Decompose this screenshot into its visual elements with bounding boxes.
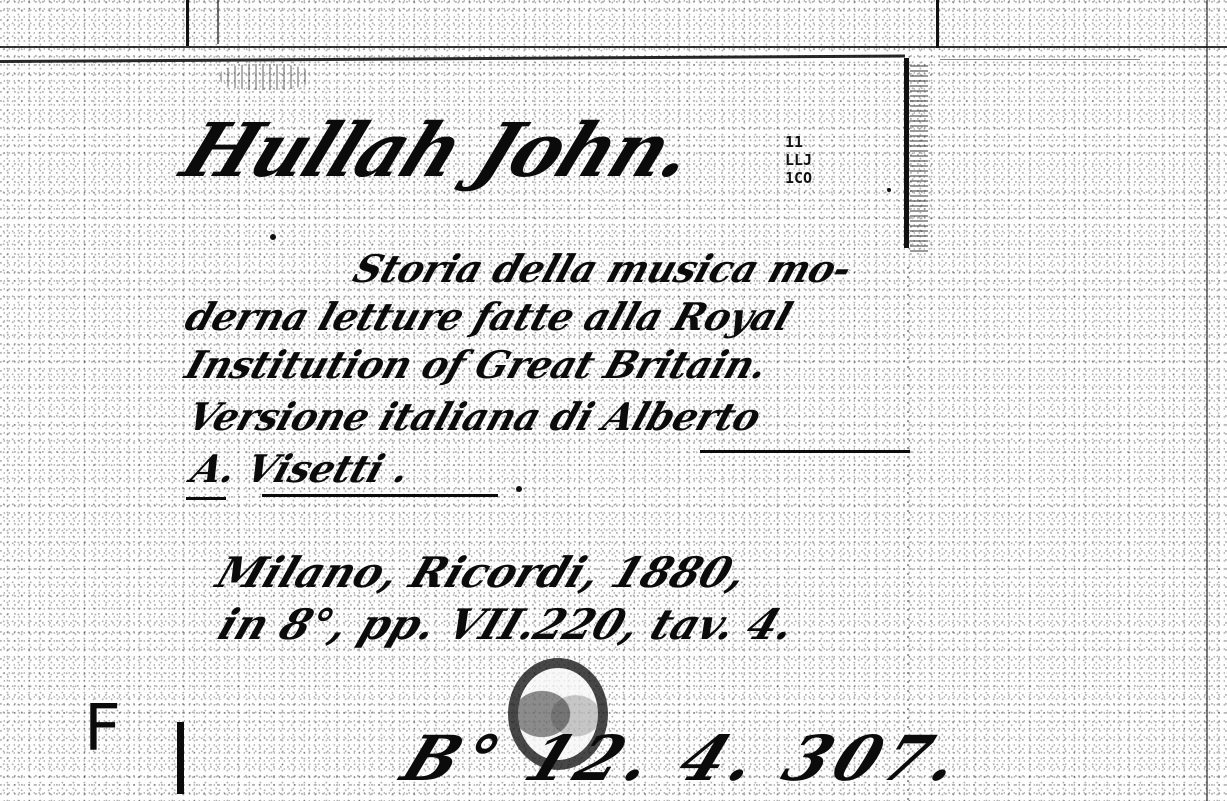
catalog-card-scan: Hullah John. 11 LLJ 1CO Storia della mus… xyxy=(0,0,1227,801)
divider-line-left-faint xyxy=(217,0,219,44)
imprint-line: in 8°, pp. VII.220, tav. 4. xyxy=(212,600,802,649)
card-edge-shadow xyxy=(910,62,928,252)
translator-underline xyxy=(262,494,498,497)
drawer-label-mark xyxy=(177,722,184,794)
translator-underline xyxy=(700,450,910,453)
adjacent-card-rule xyxy=(940,59,1140,60)
shelf-mark-line: 11 xyxy=(785,133,812,151)
shelf-mark-stamp: 11 LLJ 1CO xyxy=(785,133,812,187)
shelf-mark-line: LLJ xyxy=(785,151,812,169)
call-number: B° 12. 4. 307. xyxy=(392,722,977,795)
divider-line-middle xyxy=(936,0,939,48)
card-right-edge xyxy=(904,58,909,248)
card-top-edge xyxy=(0,54,905,63)
title-line: Storia della musica mo- xyxy=(348,246,857,291)
title-line: A. Visetti . xyxy=(186,446,415,491)
author-heading: Hullah John. xyxy=(170,108,706,194)
card-edge-dotted xyxy=(907,260,909,800)
ink-smudge xyxy=(220,64,310,90)
title-line: Versione italiana di Alberto xyxy=(182,394,766,439)
title-line: Institution of Great Britain. xyxy=(180,342,773,387)
title-line: derna letture fatte alla Royal xyxy=(180,294,798,339)
drawer-label-letter: F xyxy=(84,697,121,761)
translator-underline xyxy=(186,497,226,500)
card-drawer-top-rule xyxy=(0,46,1227,48)
ink-dot xyxy=(887,188,891,192)
ink-dot xyxy=(516,486,522,492)
divider-line-left xyxy=(186,0,189,46)
imprint-line: Milano, Ricordi, 1880, xyxy=(210,548,754,597)
divider-line-right xyxy=(1206,0,1208,801)
shelf-mark-line: 1CO xyxy=(785,169,812,187)
ink-dot xyxy=(270,234,276,240)
